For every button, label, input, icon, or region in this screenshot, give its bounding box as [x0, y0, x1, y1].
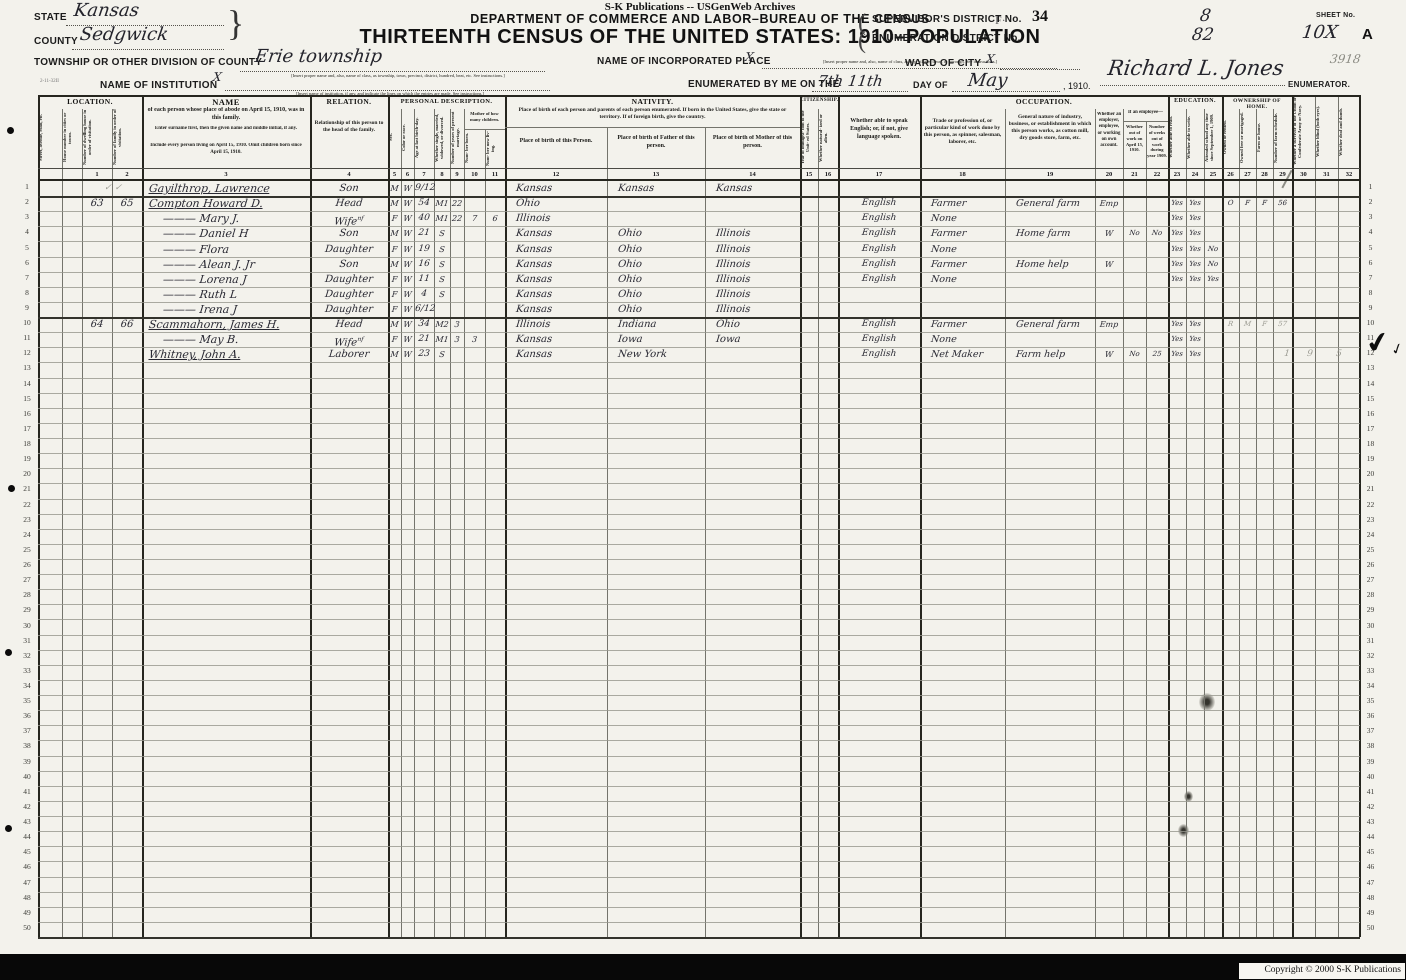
- grid-row-line: [38, 544, 1360, 545]
- cell-line6-c12: Kansas: [505, 257, 617, 272]
- column-header-c6: Color or race.: [402, 109, 413, 166]
- cell-line12-c23: Yes: [1168, 347, 1186, 362]
- grid-row-line: [38, 408, 1360, 409]
- row-number-right: 14: [1362, 378, 1379, 389]
- cell-line4-c4: Son: [310, 226, 388, 241]
- row-number-right: 17: [1362, 423, 1379, 434]
- row-number-right: 5: [1362, 242, 1379, 253]
- cell-line10-c9: 3: [450, 317, 464, 332]
- grid-row-line: [38, 378, 1360, 379]
- enumerator-label: ENUMERATOR.: [1288, 80, 1350, 89]
- row-number-right: 32: [1362, 650, 1379, 661]
- cell-line12-c24: Yes: [1186, 347, 1204, 362]
- row-number-right: 40: [1362, 771, 1379, 782]
- cell-line8-c7: 4: [414, 287, 434, 302]
- brace-glyph: }: [227, 2, 244, 44]
- cell-line4-c21: No: [1123, 226, 1146, 241]
- grid-row-line: [38, 695, 1360, 696]
- column-number-c2: 2: [112, 170, 142, 180]
- cell-line9-c6: W: [401, 302, 414, 317]
- row-number-right: 30: [1362, 620, 1379, 631]
- cell-line7-c23: Yes: [1168, 272, 1186, 287]
- row-number-left: 40: [19, 771, 35, 782]
- township-label: TOWNSHIP OR OTHER DIVISION OF COUNTY: [34, 57, 262, 68]
- row-number-right: 50: [1362, 922, 1379, 933]
- cell-line2-c5: M: [388, 196, 401, 211]
- column-header-c9: Number of years of present marriage.: [451, 109, 463, 166]
- cell-line5-c24: Yes: [1186, 242, 1204, 257]
- column-number-c12: 12: [505, 170, 607, 180]
- row-number-left: 17: [19, 423, 35, 434]
- grid-row-line: [38, 771, 1360, 772]
- name-desc-1: of each person whose place of abode on A…: [146, 107, 306, 123]
- row-number-right: 27: [1362, 574, 1379, 585]
- column-number-c9: 9: [450, 170, 464, 180]
- column-number-c17: 17: [838, 170, 920, 180]
- column-number-c27: 27: [1239, 170, 1256, 180]
- row-number-left: 27: [19, 574, 35, 585]
- row-number-left: 32: [19, 650, 35, 661]
- grid-vline: [1273, 109, 1274, 937]
- row-number-left: 24: [19, 529, 35, 540]
- column-header-c31: Whether blind (both eyes).: [1316, 97, 1337, 166]
- row-number-right: 6: [1362, 257, 1379, 268]
- day-of-label: DAY OF: [913, 80, 948, 90]
- census-sheet: S-K Publications -- USGenWeb Archives DE…: [0, 0, 1406, 980]
- column-number-c5: 5: [388, 170, 401, 180]
- row-number-left: 31: [19, 635, 35, 646]
- column-header-c8: Whether single, married, widowed, or div…: [435, 109, 449, 166]
- ward-value: X: [985, 52, 996, 66]
- cell-line12-c20: W: [1095, 347, 1123, 362]
- cell-line12-c3: Whitney, John A.: [142, 347, 316, 362]
- column-number-c15: 15: [800, 170, 818, 180]
- row-number-left: 12: [19, 347, 35, 358]
- row-number-right: 1: [1362, 181, 1379, 192]
- row-number-right: 26: [1362, 559, 1379, 570]
- grid-row-line: [38, 438, 1360, 439]
- cell-line8-c13: Ohio: [607, 287, 715, 302]
- column-header-c19: General nature of industry, business, or…: [1007, 114, 1093, 143]
- cell-line5-c17: English: [838, 242, 920, 257]
- enumerated-day-line: [812, 90, 908, 92]
- grid-row-line: [38, 816, 1360, 817]
- cell-line10-c4: Head: [310, 317, 388, 332]
- cell-line9-c7: 6/12: [414, 302, 434, 317]
- cell-line3-c12: Illinois: [505, 211, 617, 226]
- cell-line2-c29: 56: [1273, 196, 1292, 211]
- row-number-right: 23: [1362, 514, 1379, 525]
- cell-line10-c23: Yes: [1168, 317, 1186, 332]
- cell-line3-c23: Yes: [1168, 211, 1186, 226]
- incorporated-value: X: [744, 50, 755, 64]
- column-number-c7: 7: [414, 170, 434, 180]
- cell-line7-c17: English: [838, 272, 920, 287]
- cell-line6-c5: M: [388, 257, 401, 272]
- row-number-left: 29: [19, 604, 35, 615]
- column-number-c24: 24: [1186, 170, 1204, 180]
- cell-line5-c23: Yes: [1168, 242, 1186, 257]
- grid-row-line: [38, 922, 1360, 923]
- cell-line6-c25: No: [1204, 257, 1222, 272]
- row-number-right: 9: [1362, 302, 1379, 313]
- group-occupation: OCCUPATION.: [920, 97, 1168, 106]
- column-header-street: Street, avenue, road, etc.: [39, 109, 61, 166]
- stray-pencil-mark: 9: [1302, 347, 1317, 361]
- cell-line2-c3: Compton Howard D.: [142, 196, 316, 211]
- grid-vline: [1204, 109, 1205, 937]
- grid-vline: [800, 95, 802, 937]
- cell-line10-c20: Emp: [1095, 317, 1123, 332]
- grid-hline: [38, 168, 1360, 169]
- cell-line5-c18: None: [920, 242, 1015, 257]
- cell-line4-c14: Illinois: [705, 226, 810, 241]
- row-number-left: 33: [19, 665, 35, 676]
- form-code: 2-11-32II: [40, 79, 59, 84]
- row-number-right: 31: [1362, 635, 1379, 646]
- county-label: COUNTY: [34, 36, 78, 47]
- column-header-c1: Number of dwelling house in order of vis…: [83, 109, 111, 166]
- grid-row-line: [38, 362, 1360, 363]
- cell-line1-c3: Gayilthrop, Lawrence: [142, 181, 316, 196]
- row-number-left: 15: [19, 393, 35, 404]
- cell-line4-c22: No: [1146, 226, 1168, 241]
- row-number-right: 39: [1362, 756, 1379, 767]
- enumerator-line: [1100, 84, 1285, 86]
- column-header-c11: Num- ber now liv- ing.: [486, 130, 504, 166]
- cell-line10-c2: 66: [112, 317, 142, 332]
- column-number-c8: 8: [434, 170, 450, 180]
- column-header-c25: Attended school any time since September…: [1205, 109, 1221, 166]
- cell-line12-c6: W: [401, 347, 414, 362]
- cell-line6-c13: Ohio: [607, 257, 715, 272]
- cell-line10-c17: English: [838, 317, 920, 332]
- grid-row-line: [38, 801, 1360, 802]
- row-number-left: 44: [19, 831, 35, 842]
- cell-line11-c10: 3: [464, 332, 485, 347]
- cell-line2-c7: 54: [414, 196, 434, 211]
- cell-line12-c5: M: [388, 347, 401, 362]
- column-header-c10: Num- ber born.: [465, 130, 484, 166]
- column-header-c28: Farm or house.: [1257, 109, 1272, 166]
- cell-line10-c19: General farm: [1005, 317, 1105, 332]
- cell-line11-c12: Kansas: [505, 332, 617, 347]
- cell-line10-c24: Yes: [1186, 317, 1204, 332]
- row-number-right: 16: [1362, 408, 1379, 419]
- cell-line9-c14: Illinois: [705, 302, 810, 317]
- row-number-right: 37: [1362, 725, 1379, 736]
- row-number-left: 36: [19, 710, 35, 721]
- column-number-c4: 4: [310, 170, 388, 180]
- cell-line10-c8: M2: [434, 317, 450, 332]
- column-header-c24: Whether able to write.: [1187, 109, 1203, 166]
- column-header-c29: Number of farm schedule.: [1274, 109, 1291, 166]
- column-header-c5: Sex.: [389, 109, 400, 166]
- cell-line10-c12: Illinois: [505, 317, 617, 332]
- row-number-left: 23: [19, 514, 35, 525]
- row-number-right: 19: [1362, 453, 1379, 464]
- row-number-right: 3: [1362, 211, 1379, 222]
- cell-line7-c4: Daughter: [310, 272, 388, 287]
- column-header-c20: Whether an employer, employee, or workin…: [1096, 112, 1122, 149]
- enumerated-month: May: [967, 70, 1009, 91]
- cell-line2-c8: M1: [434, 196, 450, 211]
- relation-desc: Relationship of this person to the head …: [314, 120, 384, 134]
- row-number-left: 21: [19, 483, 35, 494]
- cell-line10-c13: Indiana: [607, 317, 715, 332]
- grid-row-line: [38, 393, 1360, 394]
- grid-vline: [82, 109, 83, 937]
- cell-line2-c28: F: [1256, 196, 1273, 211]
- cell-line2-c17: English: [838, 196, 920, 211]
- row-number-right: 49: [1362, 907, 1379, 918]
- cell-line12-c8: S: [434, 347, 450, 362]
- cell-line4-c3: ——— Daniel H: [142, 226, 330, 241]
- ward-label: WARD OF CITY: [905, 58, 981, 69]
- cell-line8-c6: W: [401, 287, 414, 302]
- name-desc-2: Enter surname first, then the given name…: [146, 126, 306, 133]
- column-number-c25: 25: [1204, 170, 1222, 180]
- column-number-c13: 13: [607, 170, 705, 180]
- cell-line7-c3: ——— Lorena J: [142, 272, 330, 287]
- cell-line11-c6: W: [401, 332, 414, 347]
- cell-line6-c8: S: [434, 257, 450, 272]
- column-number-c19: 19: [1005, 170, 1095, 180]
- cell-line7-c6: W: [401, 272, 414, 287]
- cell-line7-c18: None: [920, 272, 1015, 287]
- grid-hline: [464, 129, 505, 130]
- punch-hole: [8, 485, 15, 492]
- relation-superscript: nf: [357, 215, 364, 222]
- grid-row-line: [38, 665, 1360, 666]
- cell-line4-c6: W: [401, 226, 414, 241]
- row-number-left: 50: [19, 922, 35, 933]
- cell-line2-c19: General farm: [1005, 196, 1105, 211]
- cell-line2-c12: Ohio: [505, 196, 617, 211]
- grid-vline: [450, 109, 451, 937]
- row-number-left: 10: [19, 317, 35, 328]
- cell-line6-c4: Son: [310, 257, 388, 272]
- column-number-c1: 1: [82, 170, 112, 180]
- grid-row-line: [38, 861, 1360, 862]
- copyright-text: Copyright © 2000 S-K Publications: [1239, 963, 1405, 979]
- row-number-right: 33: [1362, 665, 1379, 676]
- cell-line10-c5: M: [388, 317, 401, 332]
- cell-line6-c3: ——— Alean J. Jr: [142, 257, 330, 272]
- sheet-value: 10X: [1301, 22, 1340, 43]
- enumerator-name: Richard L. Jones: [1106, 56, 1285, 80]
- cell-line1-c6: W: [401, 181, 414, 196]
- stray-checkmarks: ✓ ✓: [85, 181, 141, 196]
- cell-line12-c19: Farm help: [1005, 347, 1105, 362]
- column-header-c32: Whether deaf and dumb.: [1339, 97, 1359, 166]
- column-number-c18: 18: [920, 170, 1005, 180]
- cell-line12-c22: 25: [1146, 347, 1168, 362]
- cell-line4-c7: 21: [414, 226, 434, 241]
- grid-vline: [1222, 95, 1224, 937]
- cell-line7-c25: Yes: [1204, 272, 1222, 287]
- cell-line11-c5: F: [388, 332, 401, 347]
- row-number-left: 43: [19, 816, 35, 827]
- cell-line1-c7: 9/12: [414, 181, 434, 196]
- row-number-right: 48: [1362, 892, 1379, 903]
- column-number-c31: 31: [1315, 170, 1338, 180]
- enumerated-days: 7th 11th: [817, 72, 884, 90]
- row-number-right: 35: [1362, 695, 1379, 706]
- cell-line10-c1: 64: [82, 317, 112, 332]
- cell-line3-c17: English: [838, 211, 920, 226]
- grid-row-line: [38, 529, 1360, 530]
- grid-row-line: [38, 468, 1360, 469]
- row-number-left: 19: [19, 453, 35, 464]
- column-number-c26: 26: [1222, 170, 1239, 180]
- grid-hline: [1123, 121, 1168, 122]
- row-number-right: 15: [1362, 393, 1379, 404]
- cell-line1-c14: Kansas: [705, 181, 810, 196]
- cell-line2-c27: F: [1239, 196, 1256, 211]
- row-number-left: 46: [19, 861, 35, 872]
- row-number-right: 7: [1362, 272, 1379, 283]
- stray-pencil-mark: 1: [1279, 347, 1294, 361]
- row-number-left: 28: [19, 589, 35, 600]
- cell-line5-c3: ——— Flora: [142, 242, 330, 257]
- grid-vline: [1256, 109, 1257, 937]
- column-header-c13: Place of birth of Father of this person.: [608, 135, 704, 151]
- cell-line11-c3: ——— May B.: [142, 332, 330, 347]
- row-number-left: 1: [19, 181, 35, 192]
- cell-line10-c29: 57: [1273, 317, 1292, 332]
- cell-line3-c24: Yes: [1186, 211, 1204, 226]
- row-number-left: 2: [19, 196, 35, 207]
- grid-vline: [464, 109, 465, 937]
- column-header-c15: Year of immigra- tion to the Unit- ed St…: [801, 109, 817, 166]
- grid-row-line: [38, 499, 1360, 500]
- cell-line3-c6: W: [401, 211, 414, 226]
- cell-line7-c12: Kansas: [505, 272, 617, 287]
- cell-line6-c17: English: [838, 257, 920, 272]
- column-number-c10: 10: [464, 170, 485, 180]
- column-header-c16: Whether natural- ized or alien.: [819, 109, 837, 166]
- row-number-right: 29: [1362, 604, 1379, 615]
- row-number-right: 45: [1362, 846, 1379, 857]
- cell-line7-c5: F: [388, 272, 401, 287]
- row-number-left: 20: [19, 468, 35, 479]
- row-number-left: 38: [19, 740, 35, 751]
- grid-vline: [1292, 95, 1294, 937]
- cell-line4-c20: W: [1095, 226, 1123, 241]
- column-header-c22: Number of weeks out of work during year …: [1147, 124, 1167, 159]
- column-header-c30: Whether a survivor of the Union or Confe…: [1293, 97, 1314, 166]
- grid-row-line: [38, 937, 1360, 939]
- group-employee: If an employee—: [1124, 110, 1167, 116]
- row-number-left: 7: [19, 272, 35, 283]
- row-number-left: 47: [19, 877, 35, 888]
- grid-vline: [1315, 95, 1316, 937]
- cell-line1-c12: Kansas: [505, 181, 617, 196]
- column-number-c22: 22: [1146, 170, 1168, 180]
- cell-line5-c4: Daughter: [310, 242, 388, 257]
- enumerated-year: , 1910.: [1063, 81, 1091, 91]
- cell-line10-c28: F: [1256, 317, 1273, 332]
- column-number-c23: 23: [1168, 170, 1186, 180]
- group-location: LOCATION.: [38, 97, 142, 106]
- column-number-c29: 29: [1273, 170, 1292, 180]
- cell-line4-c19: Home farm: [1005, 226, 1105, 241]
- cell-line8-c5: F: [388, 287, 401, 302]
- grid-row-line: [38, 483, 1360, 484]
- cell-line9-c5: F: [388, 302, 401, 317]
- row-number-left: 34: [19, 680, 35, 691]
- cell-line5-c12: Kansas: [505, 242, 617, 257]
- cell-line5-c6: W: [401, 242, 414, 257]
- row-number-left: 9: [19, 302, 35, 313]
- row-number-left: 16: [19, 408, 35, 419]
- cell-line1-c4: Son: [310, 181, 388, 196]
- row-number-left: 22: [19, 499, 35, 510]
- cell-line8-c8: S: [434, 287, 450, 302]
- cell-line11-c9: 3: [450, 332, 464, 347]
- page-stamp: 34: [1032, 8, 1048, 26]
- cell-line2-c23: Yes: [1168, 196, 1186, 211]
- row-number-left: 8: [19, 287, 35, 298]
- column-header-c21: Whether out of work on April 15, 1910.: [1124, 124, 1145, 153]
- column-header-c7: Age at last birth-day.: [415, 109, 433, 166]
- grid-row-line: [38, 710, 1360, 711]
- group-personal: PERSONAL DESCRIPTION.: [388, 98, 505, 105]
- group-education: EDUCATION.: [1168, 98, 1222, 104]
- cell-line10-c26: R: [1222, 317, 1239, 332]
- row-number-right: 38: [1362, 740, 1379, 751]
- cell-line3-c9: 22: [450, 211, 464, 226]
- county-value: Sedgwick: [79, 24, 170, 45]
- cell-line9-c13: Ohio: [607, 302, 715, 317]
- grid-vline: [1359, 95, 1361, 937]
- cell-line2-c20: Emp: [1095, 196, 1123, 211]
- grid-row-line: [38, 907, 1360, 908]
- name-desc-3: Include every person living on April 15,…: [146, 143, 306, 156]
- cell-line6-c19: Home help: [1005, 257, 1105, 272]
- cell-line6-c14: Illinois: [705, 257, 810, 272]
- row-number-right: 18: [1362, 438, 1379, 449]
- cell-line3-c3: ——— Mary J.: [142, 211, 330, 226]
- column-header-c14: Place of birth of Mother of this person.: [706, 135, 799, 151]
- cell-line10-c3: Scammahorn, James H.: [142, 317, 316, 332]
- row-number-left: 25: [19, 544, 35, 555]
- grid-row-line: [38, 619, 1360, 620]
- grid-vline: [38, 95, 40, 937]
- cell-line5-c8: S: [434, 242, 450, 257]
- row-number-right: 34: [1362, 680, 1379, 691]
- row-number-right: 8: [1362, 287, 1379, 298]
- grid-row-line: [38, 725, 1360, 726]
- row-number-right: 2: [1362, 196, 1379, 207]
- row-number-left: 11: [19, 332, 35, 343]
- cell-line5-c7: 19: [414, 242, 434, 257]
- cell-line3-c4: Wifenf: [310, 211, 388, 226]
- cell-line11-c23: Yes: [1168, 332, 1186, 347]
- grid-row-line: [38, 574, 1360, 575]
- row-number-left: 49: [19, 907, 35, 918]
- nativity-desc: Place of birth of each person and parent…: [512, 107, 793, 121]
- punch-hole: [5, 649, 12, 656]
- cell-line5-c14: Illinois: [705, 242, 810, 257]
- scan-bottom-bar: Copyright © 2000 S-K Publications: [0, 954, 1406, 980]
- column-number-c6: 6: [401, 170, 414, 180]
- paren-glyph-2: (: [858, 28, 866, 55]
- cell-line4-c17: English: [838, 226, 920, 241]
- cell-line4-c23: Yes: [1168, 226, 1186, 241]
- column-number-c20: 20: [1095, 170, 1123, 180]
